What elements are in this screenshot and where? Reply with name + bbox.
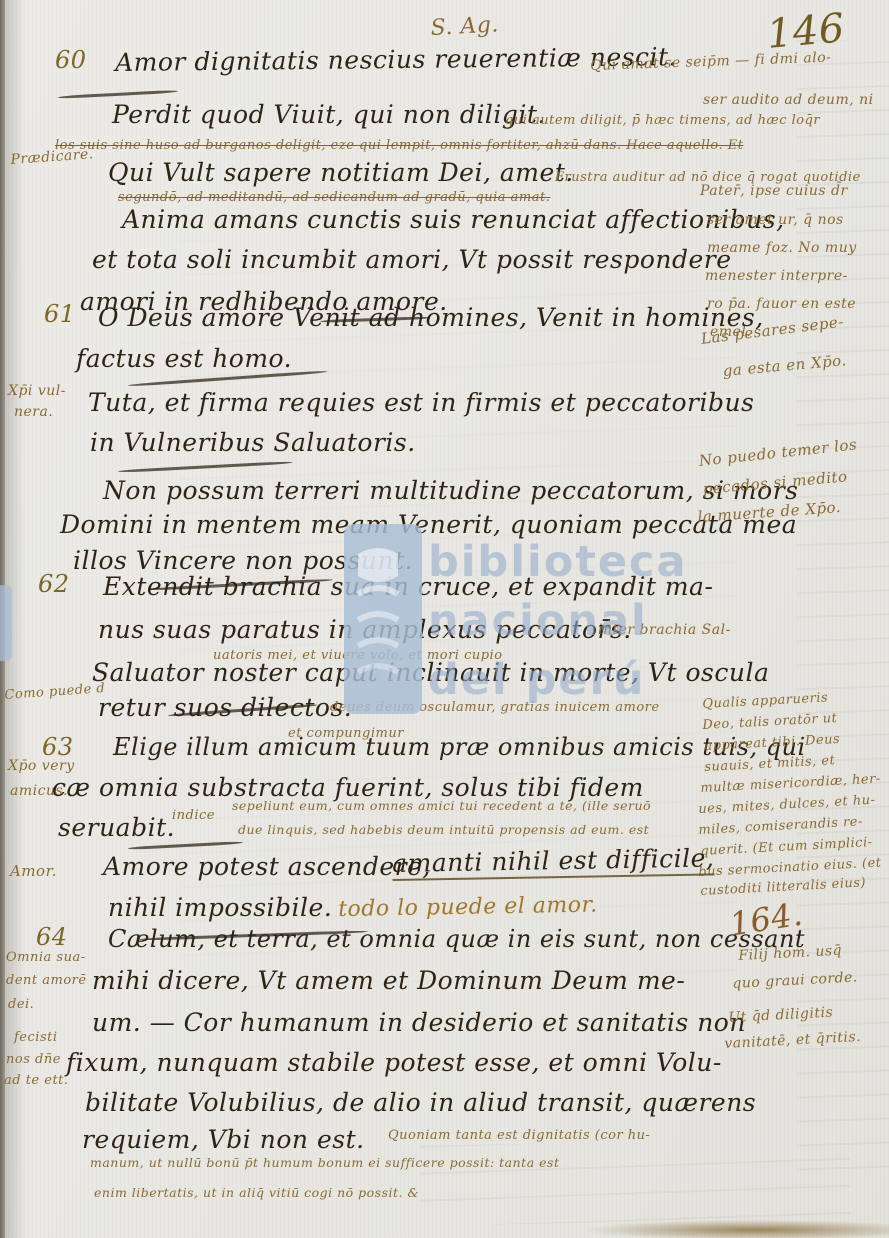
section-number-63: 63 bbox=[42, 733, 74, 761]
section-60-line-7: et tota soli incumbit amori, Vt possit r… bbox=[92, 245, 732, 274]
margin-note-right: ser amet ur, q̄ nos bbox=[707, 212, 844, 228]
margin-note-left: dent amorē bbox=[6, 973, 87, 988]
amor-line-1-underlined: amanti nihil est difficile, bbox=[392, 843, 715, 881]
section-64-line-2: mihi dicere, Vt amem et Dominum Deum me- bbox=[92, 966, 685, 995]
watermark-text: biblioteca nacional del perú bbox=[428, 533, 688, 710]
section-60-struck-line-2: segundō, ad meditandū, ad sedicandum ad … bbox=[118, 190, 550, 205]
section-60-line-2: Perdit quod Viuit, qui non diligit. bbox=[112, 100, 546, 129]
section-63-line-3: seruabit. bbox=[58, 813, 175, 842]
margin-note-left: dei. bbox=[8, 997, 34, 1012]
amor-line-2: nihil impossibile. bbox=[108, 893, 332, 922]
section-63-annotation-line: due linquis, sed habebis deum intuitū pr… bbox=[238, 822, 649, 837]
section-63-line-1: Elige illum amicum tuum præ omnibus amic… bbox=[113, 733, 806, 761]
margin-note-left: nos dñe bbox=[6, 1052, 61, 1067]
section-64-line-5: bilitate Volubilius, de alio in aliud tr… bbox=[85, 1088, 756, 1117]
section-number-64: 64 bbox=[36, 923, 68, 951]
margin-note-left: Omnia sua- bbox=[6, 950, 86, 965]
section-61-line-2: factus est homo. bbox=[76, 344, 292, 373]
section-number-61: 61 bbox=[44, 300, 76, 328]
section-64-line-6: requiem, Vbi non est. bbox=[82, 1125, 365, 1154]
header-inscription: S. Ag. bbox=[430, 12, 499, 41]
margin-note-right: meame foz. No muy bbox=[707, 240, 857, 256]
margin-note-left: nera. bbox=[14, 404, 53, 420]
section-64-annotation-line: manum, ut nullū bonū p̄t humum bonum ei … bbox=[90, 1155, 559, 1170]
pen-flourish bbox=[58, 90, 178, 99]
margin-note-left: Xp̄i vul- bbox=[8, 383, 66, 399]
section-61-line-5: Non possum terreri multitudine peccatoru… bbox=[103, 476, 798, 505]
section-number-62: 62 bbox=[38, 570, 70, 598]
section-61-line-3: Tuta, et firma requies est in firmis et … bbox=[88, 388, 754, 417]
watermark-line-3: del perú bbox=[428, 651, 688, 710]
watermark-line-1: biblioteca bbox=[428, 533, 688, 592]
amor-line-1: Amore potest ascendere, bbox=[103, 852, 431, 881]
section-64-line-1: Cælum, et terra, et omnia quæ in eis sun… bbox=[108, 925, 805, 953]
section-61-line-1: O Deus amore Venit ad homines, Venit in … bbox=[98, 303, 764, 332]
section-number-60: 60 bbox=[55, 46, 87, 74]
section-60-struck-line: los suis sine huso ad burganos deligit, … bbox=[55, 138, 743, 153]
section-60-line-4: Qui Vult sapere notitiam Dei, amet. bbox=[108, 158, 574, 187]
section-62-line-5: retur suos dilectos. bbox=[98, 693, 352, 722]
section-64-line-4: fixum, nunquam stabile potest esse, et o… bbox=[66, 1048, 722, 1077]
bottom-stain bbox=[588, 1220, 889, 1238]
margin-note-left: fecisti bbox=[14, 1030, 58, 1045]
section-64-annotation-line: enim libertatis, ut in aliq̄ vitiū cogi … bbox=[94, 1185, 419, 1200]
section-64-line-3: um. — Cor humanum in desiderio et sanita… bbox=[92, 1008, 746, 1037]
section-61-line-4: in Vulneribus Saluatoris. bbox=[90, 428, 416, 457]
watermark-line-2: nacional bbox=[428, 592, 688, 651]
amor-spanish-gloss: todo lo puede el amor. bbox=[338, 892, 598, 922]
margin-note-right: menester interpre- bbox=[705, 268, 848, 284]
section-60-line-6: Anima amans cunctis suis renunciat affec… bbox=[122, 205, 785, 234]
margin-note-right: ser audito ad deum, ni bbox=[703, 92, 874, 108]
section-60-line-2-annotation: qui autem diligit, p̄ hæc timens, ad hæc… bbox=[505, 113, 820, 128]
margin-note-left: Xp̄o very bbox=[8, 758, 75, 774]
margin-note-left-amor: Amor. bbox=[10, 862, 57, 880]
margin-note-right: Pater̄, ipse cuius d̄r bbox=[700, 183, 848, 199]
bleedthrough-bottom bbox=[419, 1138, 850, 1225]
section-63-line-3-annotation: indice bbox=[172, 808, 215, 823]
watermark-fragment bbox=[0, 585, 12, 661]
section-63-annotation-line: sepeliunt eum, cum omnes amici tui reced… bbox=[232, 798, 651, 813]
library-logo-watermark bbox=[344, 524, 422, 714]
margin-note-left: ad te ett. bbox=[4, 1073, 69, 1088]
manuscript-page: S. Ag. 146 60 Amor dignitatis nescius re… bbox=[0, 0, 889, 1238]
section-64-line-6-annotation: Quoniam tanta est dignitatis (cor hu- bbox=[388, 1128, 650, 1143]
